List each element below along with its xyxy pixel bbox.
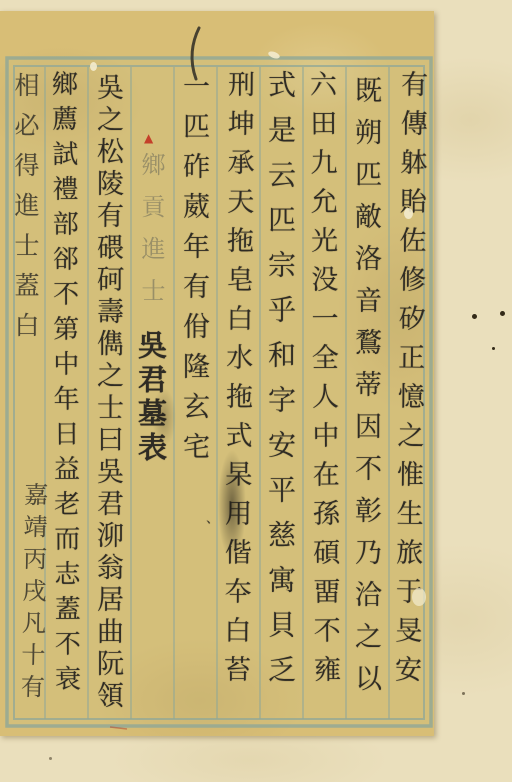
pause-mark: 、 <box>196 520 209 533</box>
text-column-2: 既朔匹敵洛音鶩蒂因不彰乃洽之以 <box>352 76 379 706</box>
margin-note-top: 相必得進士蓋白 <box>13 72 38 352</box>
title-faint-prefix: 鄉貢進士 <box>139 152 163 320</box>
text-column-3: 六田九允光没一全人中在孫碩畱不雍 <box>307 70 338 694</box>
text-column-9: 鄉薦試禮部郤不第中年日益老而志蓋不衰 <box>49 70 78 700</box>
text-column-8: 吳之松陵有碨砢壽儁之士曰吳君泖翁居曲阮領 <box>94 73 121 713</box>
wormhole-speck <box>49 757 52 760</box>
wormhole-speck <box>492 347 495 350</box>
wormhole-speck <box>462 692 465 695</box>
paper-chip <box>412 588 426 606</box>
paper-chip <box>404 208 413 219</box>
date-colophon: 嘉靖丙戌凡十有 <box>18 482 46 706</box>
red-caret-mark: ▲ <box>144 131 153 145</box>
scanned-manuscript-page: 有傳躰貽佐修矽正憶之惟生旅于旻安 既朔匹敵洛音鶩蒂因不彰乃洽之以 六田九允光没一… <box>0 0 512 782</box>
wormhole-speck <box>500 311 505 316</box>
ink-blot <box>218 450 246 560</box>
text-column-5: 刑坤承天拖皂白水拖式杲用偕夲白苔 <box>221 70 252 694</box>
text-column-4: 式是云匹宗乎和字安平慈寓貝乏 <box>266 70 294 700</box>
ink-blot-title <box>152 388 176 446</box>
paper-chip <box>90 62 97 71</box>
text-column-6: 一匹砟葳年有佾隆玄宅 <box>180 72 207 472</box>
wormhole-speck <box>472 314 477 319</box>
